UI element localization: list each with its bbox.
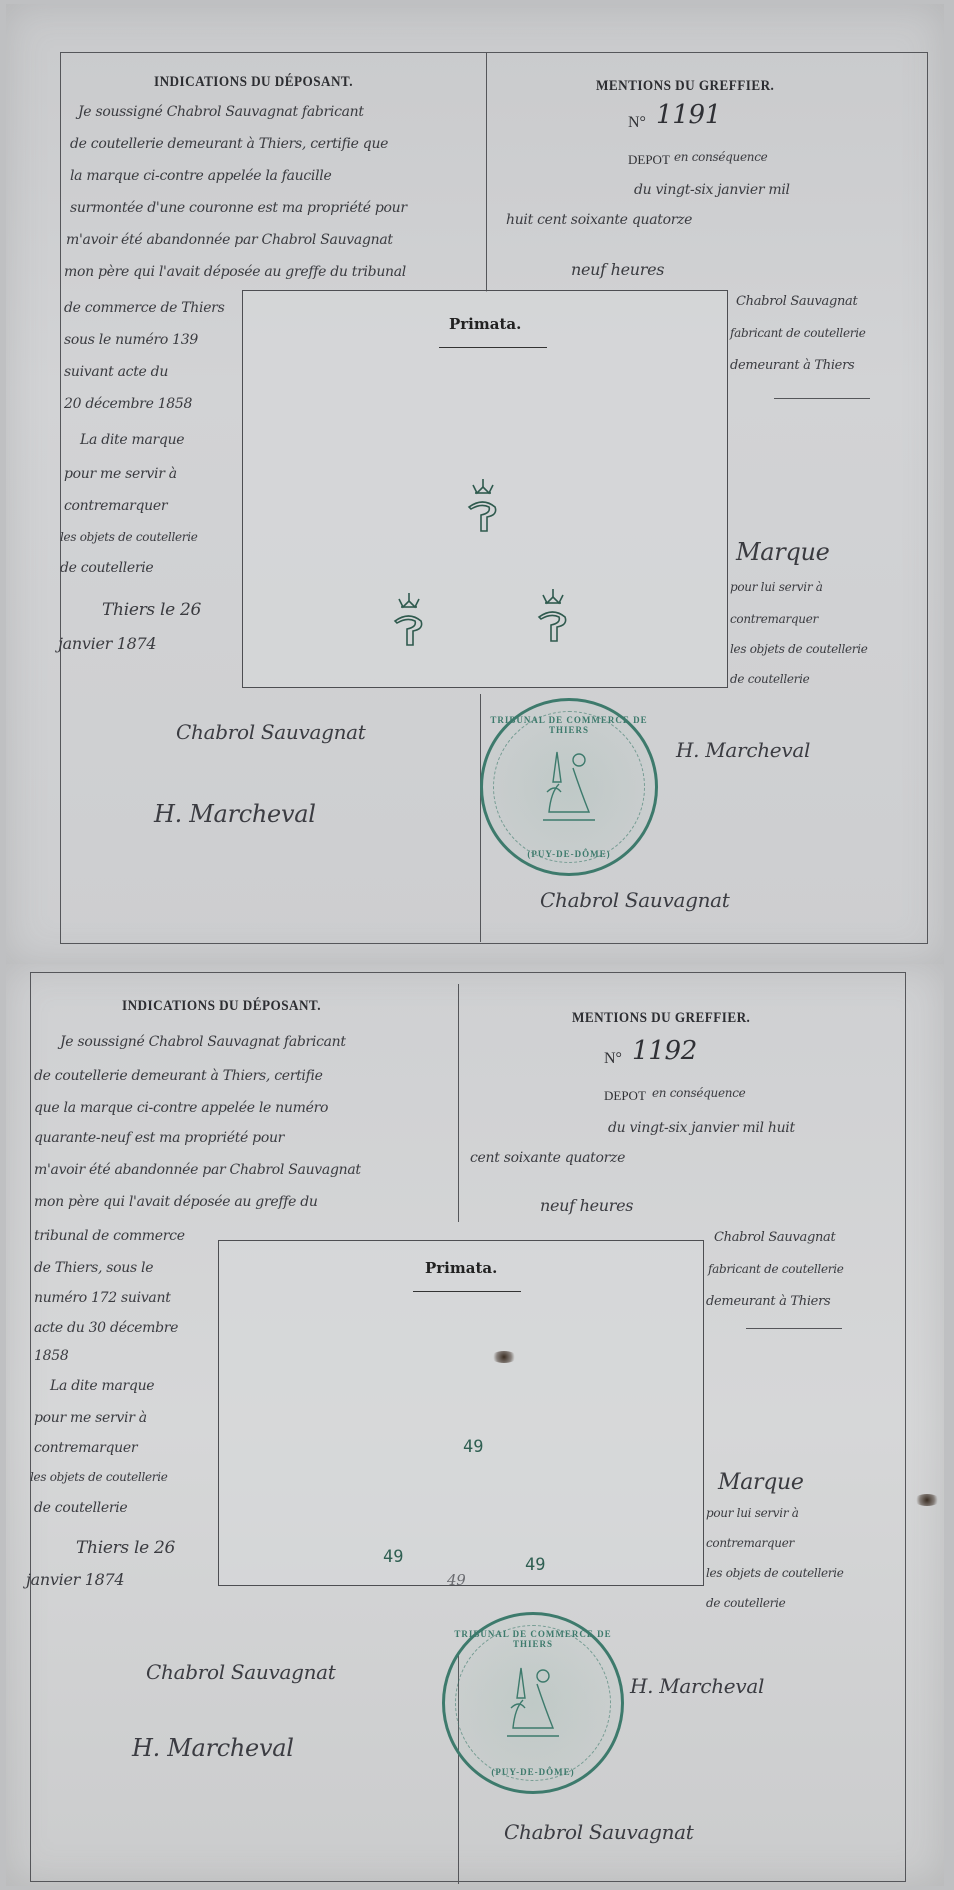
greffier-side-line: Chabrol Sauvagnat <box>736 294 857 309</box>
trademark-title: Primata. <box>449 315 521 333</box>
mark-number: 49 <box>525 1555 545 1575</box>
deposant-line: contremarquer <box>64 498 167 514</box>
signature: Chabrol Sauvagnat <box>540 888 730 912</box>
deposant-line: m'avoir été abandonnée par Chabrol Sauva… <box>34 1162 361 1178</box>
greffier-side-line: pour lui servir à <box>706 1506 799 1520</box>
greffier-side-line: les objets de coutellerie <box>730 642 868 656</box>
seal-text-bottom: (PUY-DE-DÔME) <box>445 1767 621 1777</box>
deposant-line: pour me servir à <box>64 466 177 482</box>
number-prefix: N° <box>604 1050 622 1068</box>
deposant-line: tribunal de commerce <box>34 1228 185 1244</box>
seal-text-top: TRIBUNAL DE COMMERCE DE THIERS <box>445 1629 621 1649</box>
signature: H. Marcheval <box>154 800 316 828</box>
greffier-side-line: Marque <box>718 1470 804 1495</box>
heading-greffier: MENTIONS DU GREFFIER. <box>572 1010 750 1027</box>
greffier-side-line: contremarquer <box>706 1536 794 1550</box>
deposant-line: la marque ci-contre appelée la faucille <box>70 168 331 184</box>
deposant-line: numéro 172 suivant <box>34 1290 171 1306</box>
registration-number: 1191 <box>656 100 721 130</box>
greffier-side-line: demeurant à Thiers <box>730 358 854 373</box>
greffier-side-line: fabricant de coutellerie <box>708 1262 844 1276</box>
deposant-line: mon père qui l'avait déposée au greffe d… <box>34 1194 318 1210</box>
title-underline <box>413 1291 521 1292</box>
crown-sickle-mark-icon <box>465 477 501 539</box>
column-divider-lower <box>480 694 481 942</box>
greffier-side-line: Marque <box>736 538 830 566</box>
deposant-date: janvier 1874 <box>58 634 156 653</box>
deposant-date: Thiers le 26 <box>76 1538 175 1558</box>
signature: H. Marcheval <box>132 1734 294 1762</box>
greffier-line: huit cent soixante quatorze <box>506 212 692 228</box>
title-underline <box>439 347 547 348</box>
deposant-line: surmontée d'une couronne est ma propriét… <box>70 200 407 216</box>
signature: H. Marcheval <box>676 738 810 762</box>
deposant-line: pour me servir à <box>34 1410 147 1426</box>
deposant-line: 1858 <box>34 1348 68 1364</box>
separator <box>746 1328 842 1329</box>
greffier-side-line: les objets de coutellerie <box>706 1566 844 1580</box>
deposant-line: suivant acte du <box>64 364 168 380</box>
greffier-side-line: Chabrol Sauvagnat <box>714 1230 835 1245</box>
column-divider <box>458 984 459 1222</box>
depot-label: DEPOT <box>628 152 670 168</box>
greffier-line: en conséquence <box>652 1086 745 1100</box>
signature: Chabrol Sauvagnat <box>146 1660 336 1684</box>
seal-text-bottom: (PUY-DE-DÔME) <box>483 849 655 859</box>
column-divider <box>486 52 487 292</box>
greffier-line: neuf heures <box>571 260 664 279</box>
deposant-line: les objets de coutellerie <box>60 530 198 544</box>
mark-number: 49 <box>463 1437 483 1457</box>
ink-blot <box>914 1494 940 1506</box>
deposant-line: les objets de coutellerie <box>30 1470 168 1484</box>
deposant-line: Je soussigné Chabrol Sauvagnat fabricant <box>60 1034 346 1050</box>
deposant-line: m'avoir été abandonnée par Chabrol Sauva… <box>66 232 393 248</box>
deposant-line: quarante-neuf est ma propriété pour <box>34 1130 284 1146</box>
deposant-line: La dite marque <box>50 1378 154 1394</box>
deposant-line: de coutellerie demeurant à Thiers, certi… <box>34 1068 323 1084</box>
deposant-line: que la marque ci-contre appelée le numér… <box>34 1100 328 1116</box>
deposant-line: de coutellerie <box>34 1500 127 1516</box>
ink-blot <box>491 1351 517 1363</box>
registration-number: 1192 <box>632 1036 697 1066</box>
greffier-side-line: demeurant à Thiers <box>706 1294 830 1309</box>
greffier-side-line: pour lui servir à <box>730 580 823 594</box>
crown-sickle-mark-icon <box>535 587 571 649</box>
trademark-title: Primata. <box>425 1259 497 1277</box>
greffier-line: du vingt-six janvier mil huit <box>608 1120 795 1136</box>
greffier-line: du vingt-six janvier mil <box>634 182 790 198</box>
trademark-box: Primata. 49 49 49 49 <box>218 1240 704 1586</box>
document-1192: INDICATIONS DU DÉPOSANT. MENTIONS DU GRE… <box>6 964 944 1886</box>
greffier-line: cent soixante quatorze <box>470 1150 625 1166</box>
signature: Chabrol Sauvagnat <box>504 1820 694 1844</box>
number-prefix: N° <box>628 114 646 132</box>
separator <box>774 398 870 399</box>
trademark-box: Primata. <box>242 290 728 688</box>
signature: Chabrol Sauvagnat <box>176 720 366 744</box>
greffier-side-line: de coutellerie <box>730 672 809 686</box>
deposant-date: janvier 1874 <box>26 1570 124 1589</box>
greffier-line: en conséquence <box>674 150 767 164</box>
mark-number: 49 <box>383 1547 403 1567</box>
deposant-line: contremarquer <box>34 1440 137 1456</box>
heading-greffier: MENTIONS DU GREFFIER. <box>596 78 774 95</box>
greffier-line: neuf heures <box>540 1196 633 1215</box>
deposant-date: Thiers le 26 <box>102 600 201 620</box>
deposant-line: mon père qui l'avait déposée au greffe d… <box>64 264 406 280</box>
deposant-line: La dite marque <box>80 432 184 448</box>
seal-text-top: TRIBUNAL DE COMMERCE DE THIERS <box>483 715 655 735</box>
greffier-side-line: contremarquer <box>730 612 818 626</box>
deposant-line: Je soussigné Chabrol Sauvagnat fabricant <box>78 104 364 120</box>
deposant-line: sous le numéro 139 <box>64 332 198 348</box>
heading-deposant: INDICATIONS DU DÉPOSANT. <box>154 74 353 91</box>
mark-number-handwritten: 49 <box>447 1571 466 1589</box>
greffier-side-line: fabricant de coutellerie <box>730 326 866 340</box>
greffier-side-line: de coutellerie <box>706 1596 785 1610</box>
deposant-line: 20 décembre 1858 <box>64 396 192 412</box>
heading-deposant: INDICATIONS DU DÉPOSANT. <box>122 998 321 1015</box>
crown-sickle-mark-icon <box>391 591 427 653</box>
document-1191: INDICATIONS DU DÉPOSANT. MENTIONS DU GRE… <box>6 4 944 964</box>
tribunal-seal: TRIBUNAL DE COMMERCE DE THIERS (PUY-DE-D… <box>480 698 658 876</box>
deposant-line: de coutellerie demeurant à Thiers, certi… <box>70 136 388 152</box>
tribunal-seal: TRIBUNAL DE COMMERCE DE THIERS (PUY-DE-D… <box>442 1612 624 1794</box>
signature: H. Marcheval <box>630 1674 764 1698</box>
deposant-line: acte du 30 décembre <box>34 1320 178 1336</box>
deposant-line: de commerce de Thiers <box>64 300 224 316</box>
deposant-line: de coutellerie <box>60 560 153 576</box>
depot-label: DEPOT <box>604 1088 646 1104</box>
deposant-line: de Thiers, sous le <box>34 1260 153 1276</box>
